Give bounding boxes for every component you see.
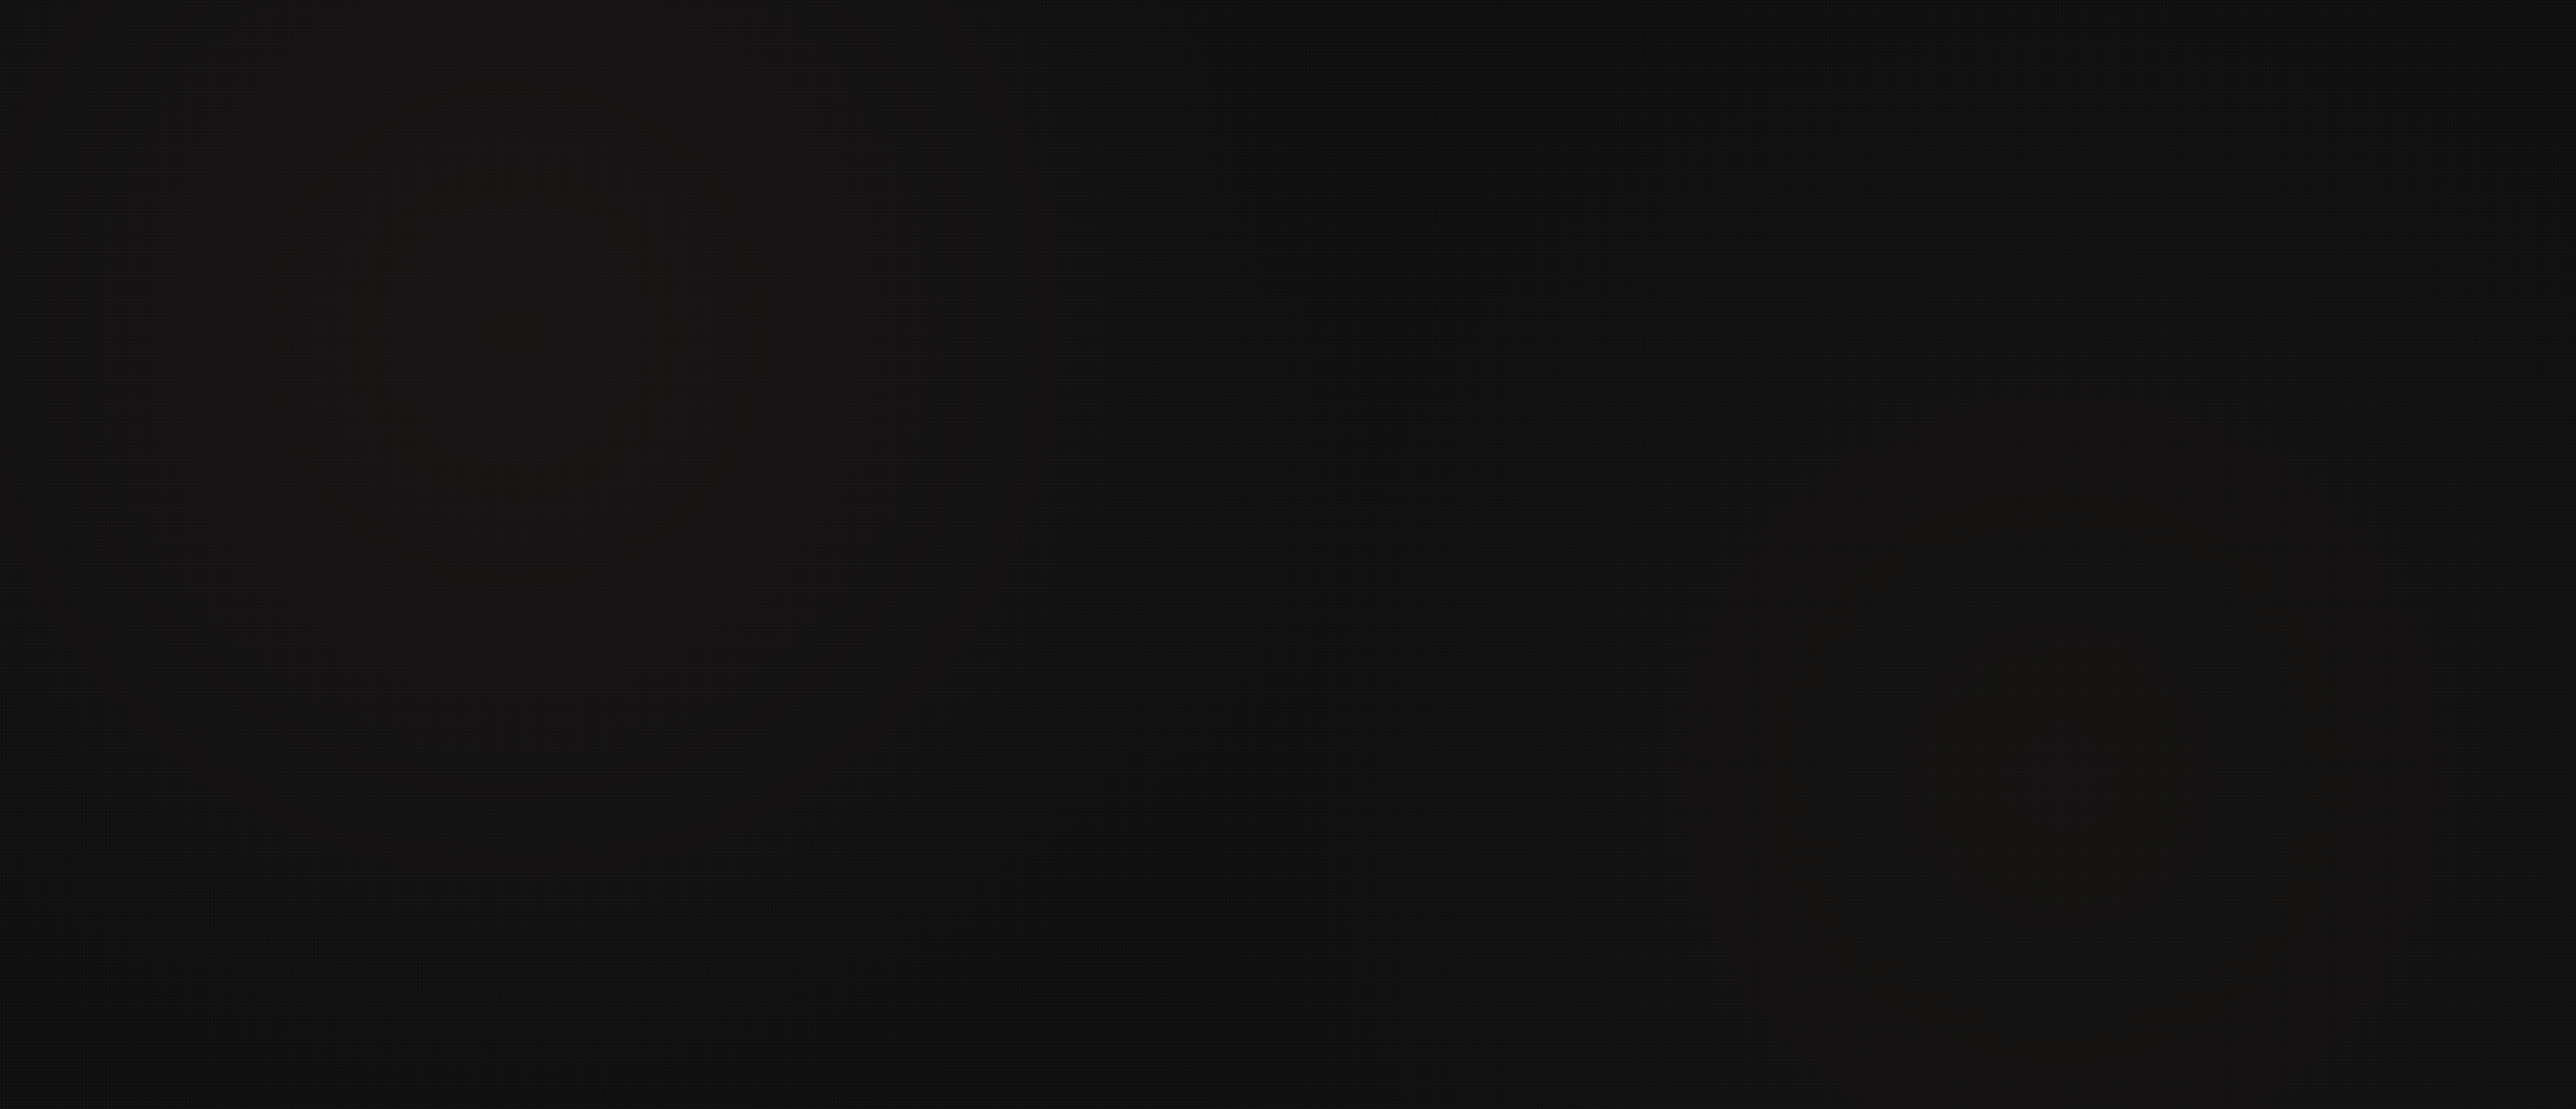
black-cloth-background xyxy=(0,0,2576,1109)
